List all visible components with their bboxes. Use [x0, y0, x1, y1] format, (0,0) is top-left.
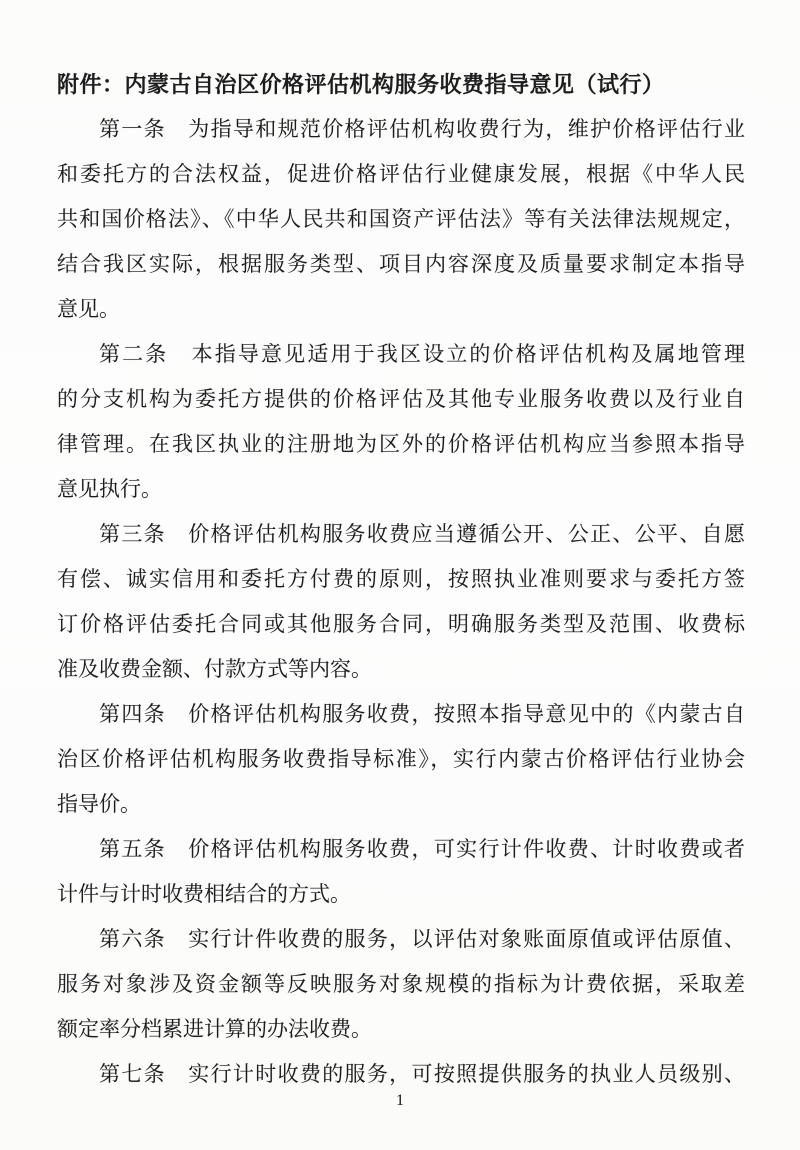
text-line: 计件与计时收费相结合的方式。 [57, 872, 745, 917]
text-line: 指导价。 [57, 782, 745, 827]
paragraph: 第四条 价格评估机构服务收费，按照本指导意见中的《内蒙古自治区价格评估机构服务收… [57, 692, 745, 827]
document-body: 第一条 为指导和规范价格评估机构收费行为，维护价格评估行业和委托方的合法权益，促… [57, 107, 745, 1097]
text-line: 第一条 为指导和规范价格评估机构收费行为，维护价格评估行业 [57, 107, 745, 152]
text-line: 共和国价格法》、《中华人民共和国资产评估法》等有关法律法规规定， [57, 197, 745, 242]
paragraph: 第三条 价格评估机构服务收费应当遵循公开、公正、公平、自愿有偿、诚实信用和委托方… [57, 512, 745, 692]
attachment-title: 附件：内蒙古自治区价格评估机构服务收费指导意见（试行） [57, 62, 745, 107]
text-line: 的分支机构为委托方提供的价格评估及其他专业服务收费以及行业自 [57, 377, 745, 422]
text-line: 订价格评估委托合同或其他服务合同，明确服务类型及范围、收费标 [57, 602, 745, 647]
paragraph: 第一条 为指导和规范价格评估机构收费行为，维护价格评估行业和委托方的合法权益，促… [57, 107, 745, 332]
text-line: 结合我区实际，根据服务类型、项目内容深度及质量要求制定本指导 [57, 242, 745, 287]
paragraph: 第五条 价格评估机构服务收费，可实行计件收费、计时收费或者计件与计时收费相结合的… [57, 827, 745, 917]
paragraph: 第六条 实行计件收费的服务，以评估对象账面原值或评估原值、服务对象涉及资金额等反… [57, 917, 745, 1052]
text-line: 第三条 价格评估机构服务收费应当遵循公开、公正、公平、自愿 [57, 512, 745, 557]
text-line: 第四条 价格评估机构服务收费，按照本指导意见中的《内蒙古自 [57, 692, 745, 737]
document-page: 附件：内蒙古自治区价格评估机构服务收费指导意见（试行） 第一条 为指导和规范价格… [0, 0, 800, 1150]
text-line: 第五条 价格评估机构服务收费，可实行计件收费、计时收费或者 [57, 827, 745, 872]
text-line: 第二条 本指导意见适用于我区设立的价格评估机构及属地管理 [57, 332, 745, 377]
text-line: 服务对象涉及资金额等反映服务对象规模的指标为计费依据，采取差 [57, 962, 745, 1007]
text-line: 治区价格评估机构服务收费指导标准》，实行内蒙古价格评估行业协会 [57, 737, 745, 782]
text-line: 和委托方的合法权益，促进价格评估行业健康发展，根据《中华人民 [57, 152, 745, 197]
text-line: 律管理。在我区执业的注册地为区外的价格评估机构应当参照本指导 [57, 422, 745, 467]
text-line: 准及收费金额、付款方式等内容。 [57, 647, 745, 692]
text-line: 第六条 实行计件收费的服务，以评估对象账面原值或评估原值、 [57, 917, 745, 962]
text-line: 意见。 [57, 287, 745, 332]
text-line: 意见执行。 [57, 467, 745, 512]
page-number: 1 [0, 1090, 800, 1112]
text-line: 有偿、诚实信用和委托方付费的原则，按照执业准则要求与委托方签 [57, 557, 745, 602]
paragraph: 第二条 本指导意见适用于我区设立的价格评估机构及属地管理的分支机构为委托方提供的… [57, 332, 745, 512]
text-line: 额定率分档累进计算的办法收费。 [57, 1007, 745, 1052]
